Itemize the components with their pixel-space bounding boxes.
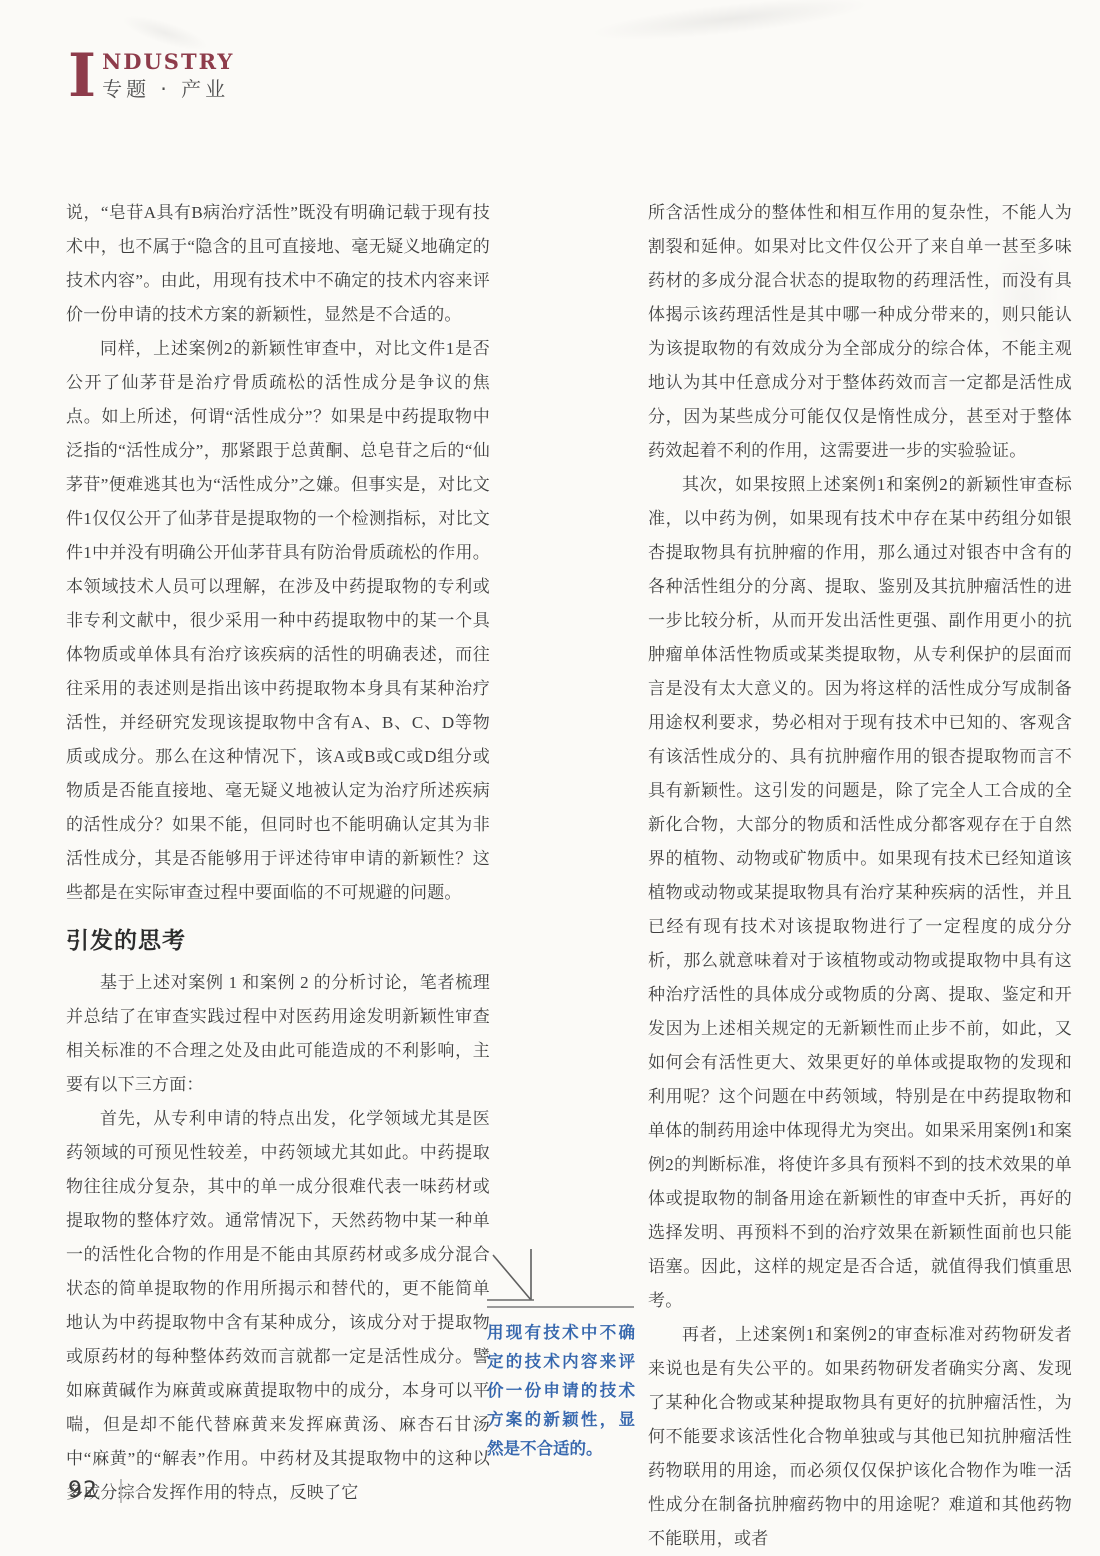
scan-smudge: [589, 0, 871, 49]
section-heading: 引发的思考: [66, 926, 490, 956]
paragraph: 所含活性成分的整体性和相互作用的复杂性，不能人为割裂和延伸。如果对比文件仅公开了…: [648, 196, 1072, 468]
paragraph: 其次，如果按照上述案例1和案例2的新颖性审查标准，以中药为例，如果现有技术中存在…: [648, 468, 1072, 1318]
industry-title: NDUSTRY: [102, 50, 234, 74]
paragraph: 同样，上述案例2的新颖性审查中，对比文件1是否公开了仙茅苷是治疗骨质疏松的活性成…: [66, 332, 490, 910]
pull-quote-text: 用现有技术中不确定的技术内容来评价一份申请的技术方案的新颖性，显然是不合适的。: [487, 1318, 635, 1463]
industry-drop-cap: I: [68, 50, 96, 102]
page-number-divider: [120, 1479, 122, 1503]
down-right-arrow-icon: [487, 1248, 635, 1310]
pull-quote: 用现有技术中不确定的技术内容来评价一份申请的技术方案的新颖性，显然是不合适的。: [487, 1248, 635, 1463]
paragraph: 再者，上述案例1和案例2的审查标准对药物研发者来说也是有失公平的。如果药物研发者…: [648, 1318, 1072, 1556]
paragraph: 基于上述对案例 1 和案例 2 的分析讨论，笔者梳理并总结了在审查实践过程中对医…: [66, 966, 490, 1102]
section-header-titles: NDUSTRY 专题 · 产业: [102, 50, 234, 102]
section-header: I NDUSTRY 专题 · 产业: [68, 50, 234, 102]
right-column: 所含活性成分的整体性和相互作用的复杂性，不能人为割裂和延伸。如果对比文件仅公开了…: [648, 196, 1072, 1556]
left-column: 说，“皂苷A具有B病治疗活性”既没有明确记载于现有技术中，也不属于“隐含的且可直…: [66, 196, 490, 1510]
section-subtitle: 专题 · 产业: [102, 76, 234, 102]
paragraph: 说，“皂苷A具有B病治疗活性”既没有明确记载于现有技术中，也不属于“隐含的且可直…: [66, 196, 490, 332]
page-number: 92: [68, 1478, 98, 1503]
paragraph: 首先，从专利申请的特点出发，化学领域尤其是医药领域的可预见性较差，中药领域尤其如…: [66, 1102, 490, 1510]
page-footer: 92: [68, 1478, 122, 1503]
